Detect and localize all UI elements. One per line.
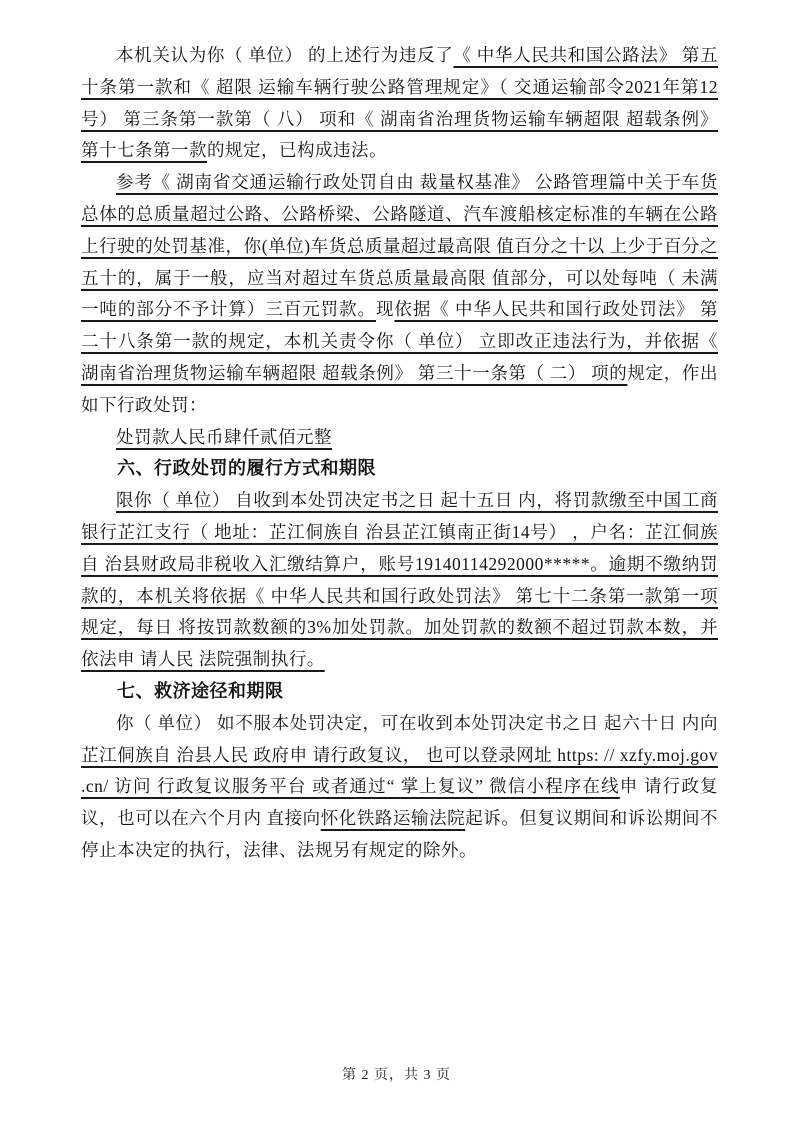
remedy-lead-text: 你（ 单位） 如不服本处罚决定，可在收到本处罚决定书之日 起六十日 内向: [116, 713, 718, 733]
discretion-connector-text: 现: [376, 299, 394, 319]
discretion-benchmark-text: 参考《 湖南省交通运输行政处罚自由 裁量权基准》 公路管理篇中关于车货总体的总质…: [81, 172, 718, 319]
paragraph-discretion-basis: 参考《 湖南省交通运输行政处罚自由 裁量权基准》 公路管理篇中关于车货总体的总质…: [81, 167, 718, 421]
page-number: 第 2 页，共 3 页: [0, 1064, 793, 1084]
penalty-amount-text: 处罚款人民币肆仟贰佰元整: [116, 427, 332, 447]
section-6-heading: 六、行政处罚的履行方式和期限: [81, 453, 718, 485]
violation-tail-text: 的规定，已构成违法。: [207, 140, 387, 160]
paragraph-violation-finding: 本机关认为你（ 单位） 的上述行为违反了《 中华人民共和国公路法》 第五十条第一…: [81, 40, 718, 167]
payment-instructions-text: 限你（ 单位） 自收到本处罚决定书之日 起十五日 内，将罚款缴至中国工商银行芷江…: [81, 490, 718, 669]
remedy-court-name: 怀化铁路运输法院: [321, 808, 466, 828]
document-page: 本机关认为你（ 单位） 的上述行为违反了《 中华人民共和国公路法》 第五十条第一…: [0, 0, 793, 1122]
violation-lead-text: 本机关认为你（ 单位） 的上述行为违反了: [116, 45, 453, 65]
document-body: 本机关认为你（ 单位） 的上述行为违反了《 中华人民共和国公路法》 第五十条第一…: [81, 40, 718, 867]
paragraph-payment-instructions: 限你（ 单位） 自收到本处罚决定书之日 起十五日 内，将罚款缴至中国工商银行芷江…: [81, 485, 718, 676]
paragraph-penalty-amount: 处罚款人民币肆仟贰佰元整: [81, 422, 718, 454]
section-7-heading: 七、救济途径和期限: [81, 676, 718, 708]
paragraph-remedy-options: 你（ 单位） 如不服本处罚决定，可在收到本处罚决定书之日 起六十日 内向芷江侗族…: [81, 708, 718, 867]
